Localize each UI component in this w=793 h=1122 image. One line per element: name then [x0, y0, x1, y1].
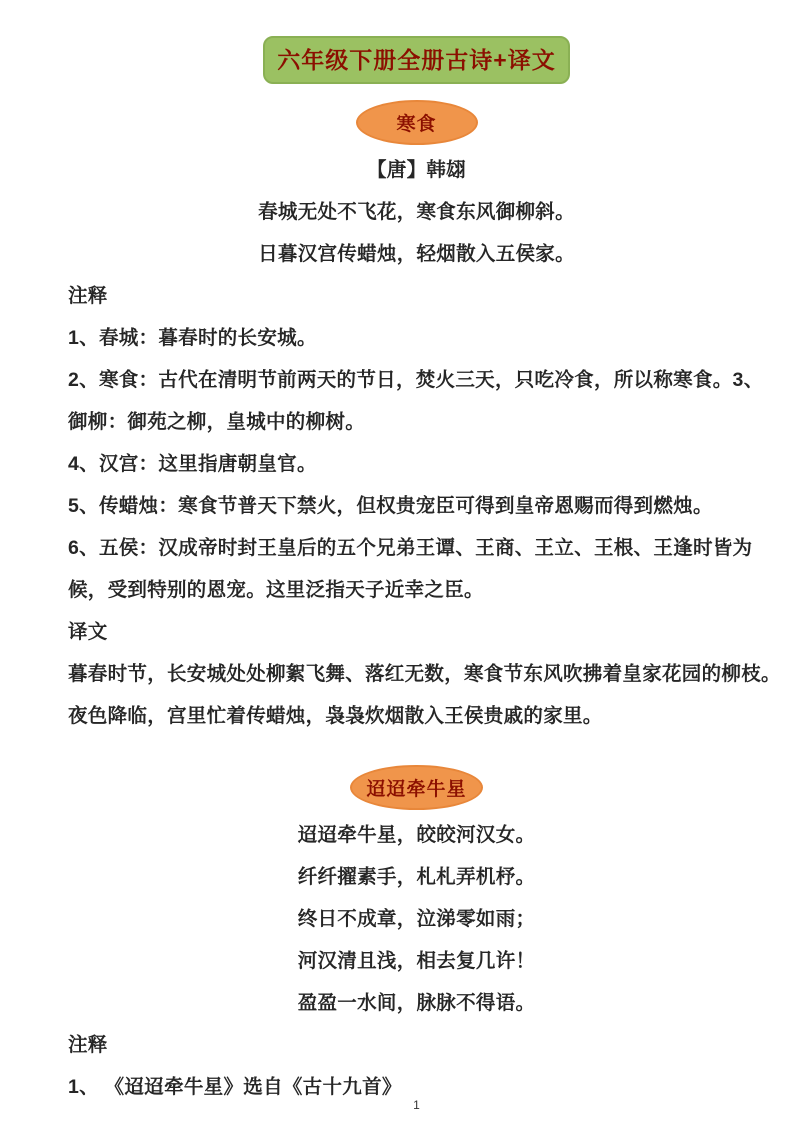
- title-row: 六年级下册全册古诗+译文: [80, 0, 753, 84]
- note-line: 候，受到特别的恩宠。这里泛指天子近幸之臣。: [68, 569, 741, 611]
- page-title: 六年级下册全册古诗+译文: [263, 36, 569, 84]
- poem-line: 终日不成章，泣涕零如雨；: [80, 898, 753, 940]
- note-line: 1、春城：暮春时的长安城。: [68, 317, 741, 359]
- translation-line: 暮春时节，长安城处处柳絮飞舞、落红无数，寒食节东风吹拂着皇家花园的柳枝。: [68, 653, 741, 695]
- page-number: 1: [20, 1098, 793, 1112]
- poem-line: 日暮汉宫传蜡烛，轻烟散入五侯家。: [80, 233, 753, 275]
- poem-line: 河汉清且浅，相去复几许！: [80, 940, 753, 982]
- note-line: 2、寒食：古代在清明节前两天的节日，焚火三天，只吃冷食，所以称寒食。3、: [68, 359, 741, 401]
- poem-line: 盈盈一水间，脉脉不得语。: [80, 982, 753, 1024]
- poem-line: 春城无处不飞花，寒食东风御柳斜。: [80, 191, 753, 233]
- notes-heading: 注释: [68, 275, 741, 317]
- section1-author: 【唐】韩翃: [80, 149, 753, 191]
- section1-badge-row: 寒食: [80, 100, 753, 145]
- section1-badge: 寒食: [356, 100, 478, 145]
- note-line: 5、传蜡烛：寒食节普天下禁火，但权贵宠臣可得到皇帝恩赐而得到燃烛。: [68, 485, 741, 527]
- poem-line: 迢迢牵牛星，皎皎河汉女。: [80, 814, 753, 856]
- poem-line: 纤纤擢素手，札札弄机杼。: [80, 856, 753, 898]
- page-content: 六年级下册全册古诗+译文 寒食 【唐】韩翃 春城无处不飞花，寒食东风御柳斜。 日…: [0, 0, 793, 1108]
- translation-line: 夜色降临，宫里忙着传蜡烛，袅袅炊烟散入王侯贵戚的家里。: [68, 695, 741, 737]
- section2-badge-row: 迢迢牵牛星: [80, 765, 753, 810]
- notes-heading: 注释: [68, 1024, 741, 1066]
- note-line: 4、汉宫：这里指唐朝皇官。: [68, 443, 741, 485]
- note-line: 6、五侯：汉成帝时封王皇后的五个兄弟王谭、王商、王立、王根、王逢时皆为: [68, 527, 741, 569]
- note-line: 御柳：御苑之柳，皇城中的柳树。: [68, 401, 741, 443]
- section2-badge: 迢迢牵牛星: [350, 765, 482, 810]
- translation-heading: 译文: [68, 611, 741, 653]
- document-page: 六年级下册全册古诗+译文 寒食 【唐】韩翃 春城无处不飞花，寒食东风御柳斜。 日…: [0, 0, 793, 1122]
